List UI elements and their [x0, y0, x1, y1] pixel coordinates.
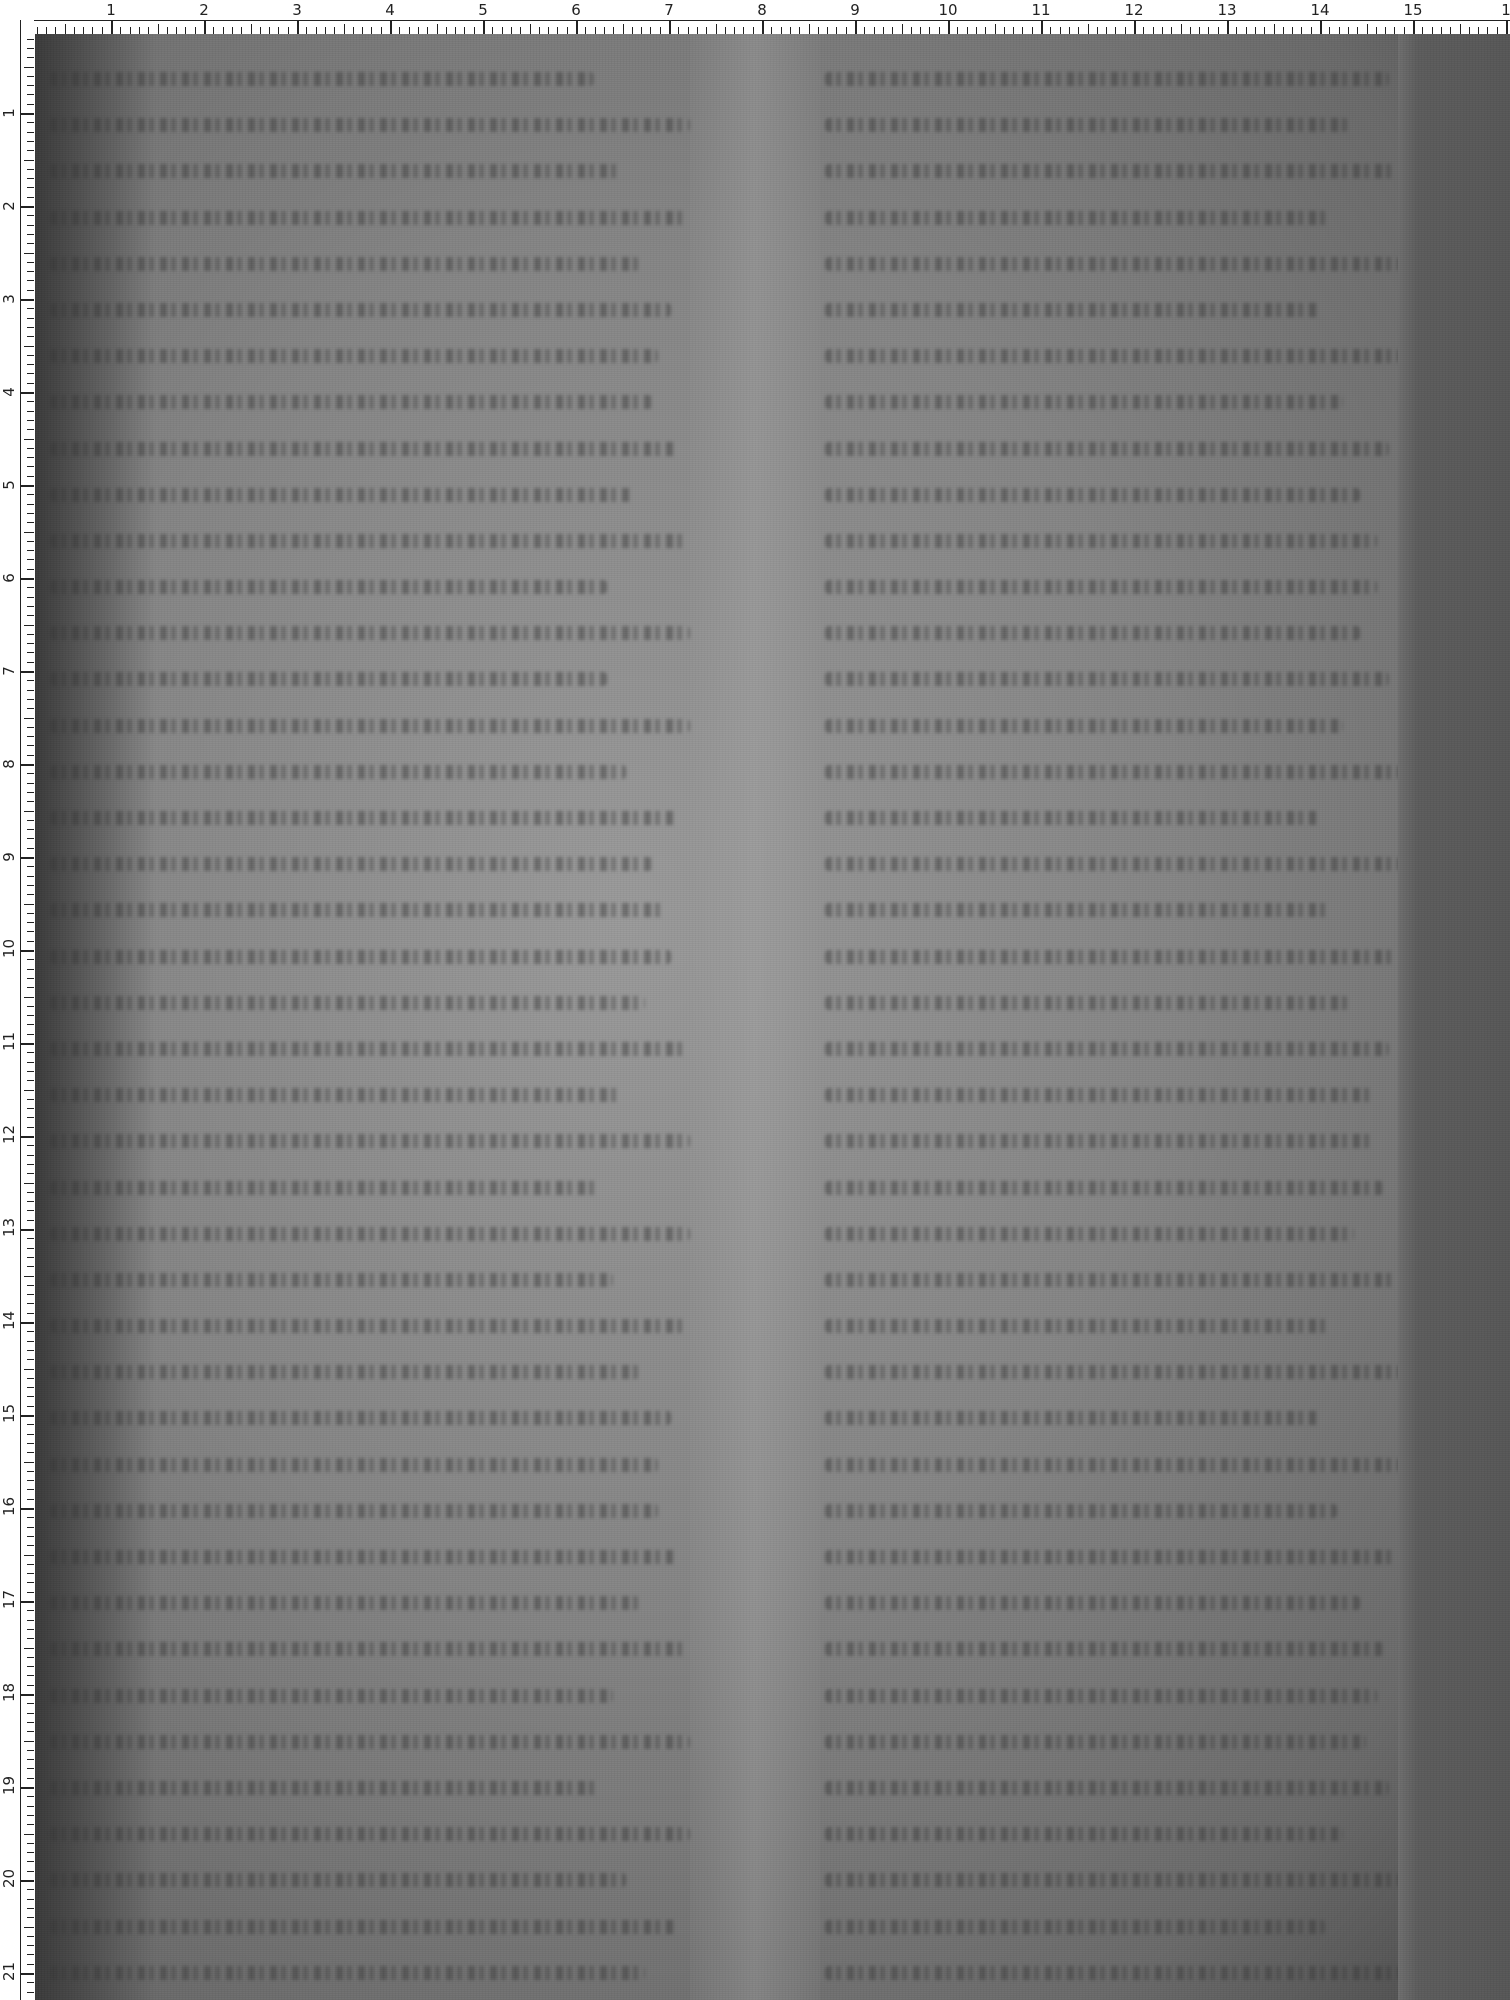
top-ruler-label: 8 [757, 1, 767, 19]
ruler-tick [27, 541, 34, 542]
ruler-tick [27, 1582, 34, 1583]
ruler-tick [1246, 27, 1247, 34]
ruler-tick [27, 829, 34, 830]
ruler-tick [27, 1024, 34, 1025]
ruler-tick [27, 1424, 34, 1425]
ruler-tick [929, 27, 930, 34]
ruler-tick [1283, 27, 1284, 34]
scan-noise [35, 34, 1510, 2000]
ruler-tick [20, 1880, 34, 1882]
top-ruler-label: 2 [199, 1, 209, 19]
ruler-tick [27, 225, 34, 226]
ruler-tick [24, 1741, 34, 1742]
ruler-tick [27, 1331, 34, 1332]
ruler-tick [1301, 27, 1302, 34]
ruler-tick [1134, 20, 1136, 34]
ruler-tick [27, 848, 34, 849]
ruler-tick [1106, 27, 1107, 34]
ruler-tick [27, 1573, 34, 1574]
ruler-tick [37, 27, 38, 34]
ruler-tick [27, 1192, 34, 1193]
ruler-tick [27, 634, 34, 635]
ruler-tick [27, 1982, 34, 1983]
ruler-tick [24, 1369, 34, 1370]
ruler-tick [1506, 20, 1508, 34]
ruler-tick [27, 1201, 34, 1202]
ruler-tick [232, 27, 233, 34]
ruler-tick [46, 27, 47, 34]
ruler-tick [204, 20, 206, 34]
ruler-tick [20, 299, 34, 301]
ruler-tick [362, 27, 363, 34]
ruler-tick [176, 27, 177, 34]
ruler-tick [390, 20, 392, 34]
ruler-tick [781, 27, 782, 34]
ruler-tick [520, 27, 521, 34]
ruler-tick [1236, 27, 1237, 34]
ruler-tick [27, 141, 34, 142]
ruler-tick [27, 680, 34, 681]
ruler-tick [799, 27, 800, 34]
ruler-tick [1487, 27, 1488, 34]
ruler-tick [27, 364, 34, 365]
ruler-tick [716, 24, 717, 34]
left-ruler-label: 20 [0, 1872, 18, 1888]
ruler-tick [27, 94, 34, 95]
left-ruler-label: 1 [0, 105, 18, 121]
ruler-tick [27, 1341, 34, 1342]
ruler-tick [1115, 27, 1116, 34]
ruler-tick [371, 27, 372, 34]
ruler-tick [102, 27, 103, 34]
ruler-tick [20, 392, 34, 394]
ruler-tick [1199, 27, 1200, 34]
ruler-tick [158, 24, 159, 34]
ruler-tick [92, 27, 93, 34]
ruler-tick [911, 27, 912, 34]
ruler-tick [27, 1071, 34, 1072]
ruler-tick [24, 997, 34, 998]
ruler-tick [27, 1992, 34, 1993]
ruler-tick [288, 27, 289, 34]
ruler-tick [27, 411, 34, 412]
ruler-tick [20, 1601, 34, 1603]
ruler-tick [27, 1685, 34, 1686]
ruler-tick [27, 76, 34, 77]
top-ruler-label: 9 [850, 1, 860, 19]
ruler-tick [20, 1973, 34, 1975]
ruler-tick [27, 1499, 34, 1500]
ruler-tick [27, 876, 34, 877]
ruler-tick [790, 27, 791, 34]
ruler-tick [27, 1406, 34, 1407]
ruler-tick [1348, 27, 1349, 34]
ruler-tick [27, 969, 34, 970]
ruler-tick [27, 243, 34, 244]
ruler-tick [297, 20, 299, 34]
ruler-tick [27, 1899, 34, 1900]
ruler-tick [27, 1768, 34, 1769]
ruler-tick [1013, 27, 1014, 34]
ruler-tick [1255, 27, 1256, 34]
top-ruler-label: 5 [478, 1, 488, 19]
ruler-tick [27, 1443, 34, 1444]
ruler-tick [20, 485, 34, 487]
ruler-tick [27, 513, 34, 514]
ruler-tick [27, 308, 34, 309]
ruler-tick [27, 262, 34, 263]
ruler-tick [148, 27, 149, 34]
ruler-tick [24, 1276, 34, 1277]
ruler-tick [27, 429, 34, 430]
ruler-tick [27, 280, 34, 281]
left-ruler-label: 8 [0, 756, 18, 772]
ruler-tick [669, 20, 671, 34]
ruler-tick [27, 504, 34, 505]
ruler-tick [1190, 27, 1191, 34]
left-ruler-label: 9 [0, 849, 18, 865]
ruler-tick [1181, 24, 1182, 34]
ruler-tick [27, 1099, 34, 1100]
ruler-tick [27, 792, 34, 793]
ruler-tick [455, 27, 456, 34]
ruler-tick [27, 1731, 34, 1732]
top-ruler-label: 1 [106, 1, 116, 19]
ruler-tick [27, 1164, 34, 1165]
ruler-tick [27, 559, 34, 560]
ruler-tick [27, 690, 34, 691]
ruler-tick [539, 27, 540, 34]
left-ruler-label: 2 [0, 198, 18, 214]
ruler-tick [27, 1052, 34, 1053]
top-ruler-label: 14 [1310, 1, 1329, 19]
ruler-tick [24, 346, 34, 347]
ruler-tick [27, 1452, 34, 1453]
ruler-tick [27, 1359, 34, 1360]
ruler-tick [1478, 27, 1479, 34]
ruler-tick [27, 373, 34, 374]
ruler-tick [27, 1248, 34, 1249]
ruler-tick [1088, 24, 1089, 34]
top-ruler: 01234567891011121314151 [0, 0, 1510, 34]
ruler-tick [446, 27, 447, 34]
ruler-tick [818, 27, 819, 34]
ruler-tick [27, 1806, 34, 1807]
ruler-tick [1413, 20, 1415, 34]
ruler-tick [27, 783, 34, 784]
ruler-tick [957, 27, 958, 34]
ruler-tick [334, 27, 335, 34]
ruler-tick [1041, 20, 1043, 34]
ruler-tick [27, 1620, 34, 1621]
ruler-tick [1404, 27, 1405, 34]
top-ruler-label: 11 [1031, 1, 1050, 19]
ruler-tick [1264, 27, 1265, 34]
ruler-tick [948, 20, 950, 34]
ruler-tick [24, 1090, 34, 1091]
ruler-tick [27, 838, 34, 839]
ruler-tick [1329, 27, 1330, 34]
ruler-tick [20, 1322, 34, 1324]
top-ruler-label: 1 [1501, 1, 1510, 19]
ruler-tick [27, 1080, 34, 1081]
ruler-tick [604, 27, 605, 34]
ruler-tick [1460, 24, 1461, 34]
ruler-tick [24, 1555, 34, 1556]
ruler-tick [213, 27, 214, 34]
left-ruler-label: 11 [0, 1035, 18, 1051]
left-ruler-label: 17 [0, 1593, 18, 1609]
ruler-tick [24, 811, 34, 812]
ruler-tick [83, 27, 84, 34]
ruler-tick [27, 1527, 34, 1528]
ruler-tick [27, 1545, 34, 1546]
ruler-tick [836, 27, 837, 34]
ruler-tick [902, 24, 903, 34]
ruler-tick [688, 27, 689, 34]
left-ruler-label: 5 [0, 477, 18, 493]
ruler-tick [120, 27, 121, 34]
ruler-tick [27, 1378, 34, 1379]
ruler-tick [24, 67, 34, 68]
ruler-tick [743, 27, 744, 34]
ruler-tick [976, 27, 977, 34]
ruler-tick [632, 27, 633, 34]
ruler-tick [1032, 27, 1033, 34]
ruler-tick [846, 27, 847, 34]
ruler-tick [27, 652, 34, 653]
ruler-tick [1060, 27, 1061, 34]
ruler-tick [27, 1722, 34, 1723]
top-ruler-label: 4 [385, 1, 395, 19]
ruler-tick [27, 1257, 34, 1258]
ruler-tick [409, 27, 410, 34]
ruler-tick [27, 755, 34, 756]
ruler-tick [27, 1350, 34, 1351]
ruler-tick [24, 532, 34, 533]
left-ruler-label: 13 [0, 1221, 18, 1237]
ruler-tick [576, 20, 578, 34]
ruler-tick [27, 178, 34, 179]
ruler-tick [27, 1778, 34, 1779]
ruler-tick [185, 27, 186, 34]
left-ruler-label: 18 [0, 1686, 18, 1702]
ruler-tick [27, 1220, 34, 1221]
ruler-tick [20, 113, 34, 115]
ruler-tick [27, 727, 34, 728]
ruler-tick [24, 1183, 34, 1184]
ruler-tick [20, 1415, 34, 1417]
ruler-tick [27, 615, 34, 616]
ruler-tick [353, 27, 354, 34]
ruler-tick [55, 27, 56, 34]
ruler-tick [418, 27, 419, 34]
ruler-tick [27, 866, 34, 867]
ruler-tick [27, 1954, 34, 1955]
ruler-tick [1376, 27, 1377, 34]
left-ruler-label: 6 [0, 570, 18, 586]
ruler-tick [771, 27, 772, 34]
ruler-tick [24, 1927, 34, 1928]
ruler-tick [20, 1136, 34, 1138]
ruler-tick [1153, 27, 1154, 34]
ruler-tick [27, 569, 34, 570]
left-ruler-label: 14 [0, 1314, 18, 1330]
ruler-tick [27, 420, 34, 421]
ruler-tick [27, 922, 34, 923]
ruler-tick [920, 27, 921, 34]
ruler-tick [27, 1062, 34, 1063]
ruler-tick [1385, 27, 1386, 34]
ruler-tick [27, 745, 34, 746]
ruler-tick [530, 24, 531, 34]
ruler-tick [27, 1396, 34, 1397]
ruler-tick [1320, 20, 1322, 34]
ruler-tick [27, 1145, 34, 1146]
ruler-tick [985, 27, 986, 34]
ruler-tick [1339, 27, 1340, 34]
ruler-tick [1357, 27, 1358, 34]
ruler-tick [660, 27, 661, 34]
ruler-tick [27, 708, 34, 709]
ruler-tick [27, 959, 34, 960]
ruler-tick [27, 522, 34, 523]
manuscript-scan [35, 34, 1510, 2000]
ruler-tick [27, 1480, 34, 1481]
ruler-tick [595, 27, 596, 34]
ruler-tick [1078, 27, 1079, 34]
ruler-tick [1394, 27, 1395, 34]
top-ruler-label: 10 [938, 1, 957, 19]
ruler-tick [27, 1666, 34, 1667]
ruler-tick [1497, 27, 1498, 34]
ruler-tick [20, 578, 34, 580]
ruler-tick [241, 27, 242, 34]
ruler-tick [27, 1843, 34, 1844]
ruler-tick [1208, 27, 1209, 34]
ruler-tick [27, 1629, 34, 1630]
ruler-tick [27, 271, 34, 272]
ruler-tick [27, 122, 34, 123]
ruler-tick [753, 27, 754, 34]
ruler-tick [27, 383, 34, 384]
ruler-tick [27, 1471, 34, 1472]
top-ruler-label: 12 [1124, 1, 1143, 19]
ruler-tick [1441, 27, 1442, 34]
ruler-tick [251, 24, 252, 34]
ruler-tick [27, 336, 34, 337]
ruler-tick [1450, 27, 1451, 34]
ruler-tick [20, 950, 34, 952]
ruler-tick [27, 39, 34, 40]
ruler-tick [27, 643, 34, 644]
ruler-tick [1143, 27, 1144, 34]
ruler-tick [27, 550, 34, 551]
ruler-tick [27, 913, 34, 914]
ruler-tick [725, 27, 726, 34]
ruler-tick [269, 27, 270, 34]
ruler-tick [27, 234, 34, 235]
ruler-tick [809, 24, 810, 34]
left-ruler-label: 16 [0, 1500, 18, 1516]
ruler-tick [27, 215, 34, 216]
ruler-tick [27, 327, 34, 328]
left-ruler-label: 19 [0, 1779, 18, 1795]
ruler-tick [1171, 27, 1172, 34]
ruler-tick [734, 27, 735, 34]
ruler-tick [27, 1117, 34, 1118]
ruler-tick [27, 597, 34, 598]
ruler-tick [27, 587, 34, 588]
ruler-tick [557, 27, 558, 34]
left-ruler: 123456789101112131415161718192021 [0, 0, 34, 2000]
ruler-tick [27, 187, 34, 188]
ruler-tick [27, 978, 34, 979]
ruler-tick [27, 662, 34, 663]
ruler-tick [27, 1238, 34, 1239]
ruler-tick [167, 27, 168, 34]
ruler-tick [27, 820, 34, 821]
ruler-tick [706, 27, 707, 34]
ruler-tick [27, 1387, 34, 1388]
ruler-tick [27, 1638, 34, 1639]
ruler-tick [939, 27, 940, 34]
ruler-tick [1097, 27, 1098, 34]
ruler-tick [474, 27, 475, 34]
ruler-tick [20, 1694, 34, 1696]
ruler-tick [27, 1108, 34, 1109]
ruler-tick [27, 699, 34, 700]
ruler-tick [20, 764, 34, 766]
left-ruler-label: 7 [0, 663, 18, 679]
ruler-tick [20, 1787, 34, 1789]
ruler-tick [27, 931, 34, 932]
ruler-tick [762, 20, 764, 34]
ruler-tick [27, 466, 34, 467]
ruler-tick [1227, 20, 1229, 34]
ruler-tick [27, 1675, 34, 1676]
ruler-tick [27, 1434, 34, 1435]
ruler-tick [27, 1908, 34, 1909]
ruler-tick [27, 1964, 34, 1965]
ruler-tick [27, 57, 34, 58]
ruler-tick [27, 1759, 34, 1760]
ruler-tick [344, 24, 345, 34]
ruler-tick [195, 27, 196, 34]
ruler-tick [1004, 27, 1005, 34]
ruler-tick [27, 290, 34, 291]
ruler-tick [1274, 24, 1275, 34]
ruler-tick [1069, 27, 1070, 34]
ruler-tick [306, 27, 307, 34]
ruler-tick [27, 885, 34, 886]
ruler-tick [1432, 27, 1433, 34]
ruler-tick [1367, 24, 1368, 34]
ruler-tick [1022, 27, 1023, 34]
ruler-tick [641, 27, 642, 34]
left-ruler-label: 15 [0, 1407, 18, 1423]
ruler-tick [27, 318, 34, 319]
ruler-tick [27, 1210, 34, 1211]
ruler-tick [492, 27, 493, 34]
ruler-tick [464, 27, 465, 34]
ruler-tick [437, 24, 438, 34]
ruler-tick [27, 1155, 34, 1156]
ruler-tick [427, 27, 428, 34]
ruler-tick [316, 27, 317, 34]
ruler-tick [27, 1936, 34, 1937]
ruler-tick [1311, 27, 1312, 34]
